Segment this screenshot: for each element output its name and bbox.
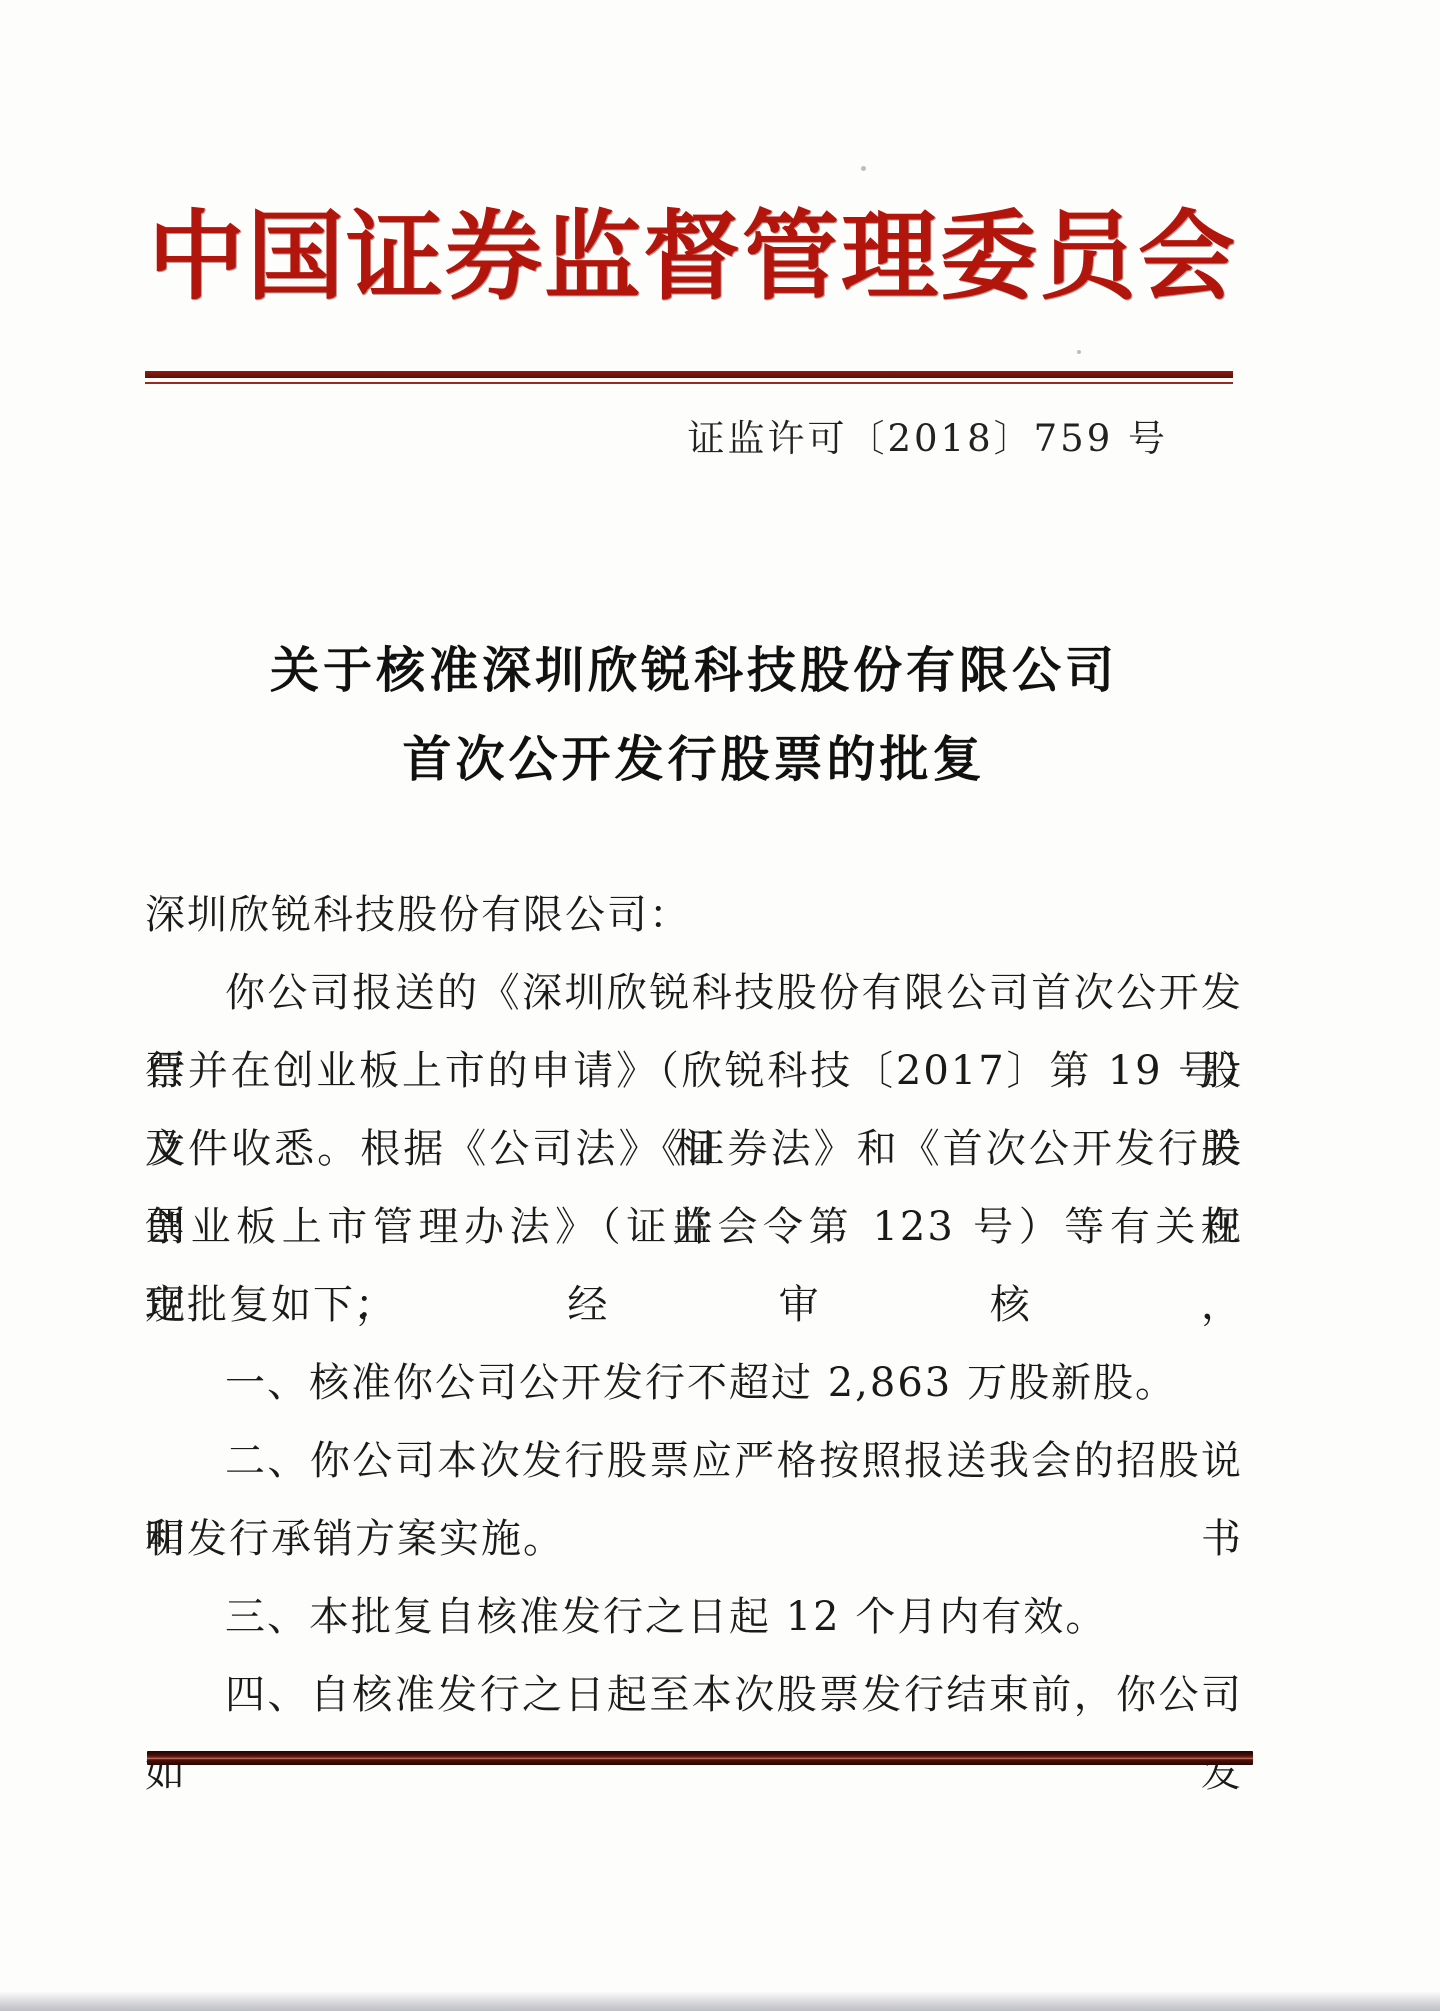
title-line-1: 关于核准深圳欣锐科技股份有限公司 — [145, 626, 1243, 715]
scan-edge — [0, 1991, 1440, 2011]
title-line-2: 首次公开发行股票的批复 — [145, 715, 1243, 804]
header-divider-thin-line — [145, 382, 1233, 384]
document-number: 证监许可〔2018〕759 号 — [687, 408, 1168, 462]
body-line: 创业板上市管理办法》（证监会令第 123 号）等有关规定，经审核， — [145, 1188, 1243, 1266]
header-divider-thick-line — [145, 371, 1233, 378]
body-line: 你公司报送的《深圳欣锐科技股份有限公司首次公开发行股 — [145, 954, 1243, 1032]
body-line-item-4: 四、自核准发行之日起至本次股票发行结束前，你公司如发 — [145, 1656, 1243, 1734]
body-line-item-3: 三、本批复自核准发行之日起 12 个月内有效。 — [145, 1578, 1243, 1656]
document-page: 中国证券监督管理委员会 证监许可〔2018〕759 号 关于核准深圳欣锐科技股份… — [0, 0, 1440, 2011]
footer-divider — [147, 1751, 1253, 1765]
header-divider — [145, 371, 1233, 384]
document-body: 深圳欣锐科技股份有限公司： 你公司报送的《深圳欣锐科技股份有限公司首次公开发行股… — [145, 876, 1243, 1734]
body-line-item-2: 二、你公司本次发行股票应严格按照报送我会的招股说明书 — [145, 1422, 1243, 1500]
agency-name: 中国证券监督管理委员会 — [140, 178, 1245, 318]
body-line: 票并在创业板上市的申请》（欣锐科技〔2017〕第 19 号）及相关 — [145, 1032, 1243, 1110]
scan-speck — [861, 166, 866, 171]
body-line: 文件收悉。根据《公司法》《证券法》和《首次公开发行股票并在 — [145, 1110, 1243, 1188]
salutation: 深圳欣锐科技股份有限公司： — [145, 876, 1243, 954]
body-line-item-1: 一、核准你公司公开发行不超过 2,863 万股新股。 — [145, 1344, 1243, 1422]
document-title: 关于核准深圳欣锐科技股份有限公司 首次公开发行股票的批复 — [145, 626, 1243, 804]
scan-speck — [1077, 350, 1081, 354]
